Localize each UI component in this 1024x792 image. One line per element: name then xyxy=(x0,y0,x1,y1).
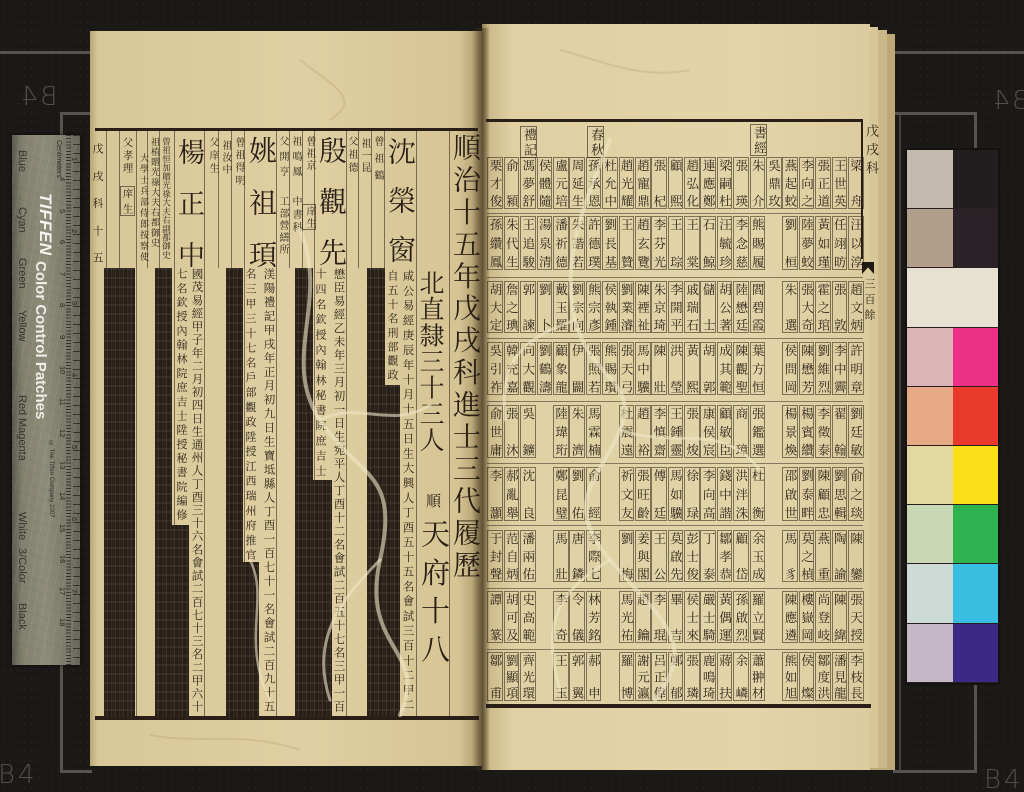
graduate-name-cell xyxy=(602,405,618,458)
tier-divider xyxy=(487,588,863,589)
graduate-biography-continued: 十四名欽授內翰林秘書院庶吉士 xyxy=(315,268,326,476)
patch-tint-swatch xyxy=(907,446,953,504)
graduate-name-cell: 彭士俊 xyxy=(684,530,700,582)
graduate-name-cell: 任翊昉 xyxy=(832,216,848,270)
patch-label-magenta: Magenta xyxy=(16,418,27,461)
graduate-name-cell: 郝申 xyxy=(586,652,602,701)
graduate-name: 殷觀先 xyxy=(317,136,345,266)
graduate-name: 姚祖頊 xyxy=(247,136,275,268)
graduate-name-cell: 潘見龍 xyxy=(832,652,848,701)
prefecture-heading: 天府十八 xyxy=(419,519,448,663)
name-tier-7: 陳鑾陶諭燕重莫之楨馬豸余玉成顧岱鄒孝恭丁泰彭士俊莫啟先王公姜與閣劉梅李際七唐鏻馬… xyxy=(487,530,864,582)
graduate-name-cell: 胡可及 xyxy=(504,591,520,643)
graduate-name-cell xyxy=(602,467,618,521)
patch-row xyxy=(907,209,998,268)
tier-divider xyxy=(487,525,863,526)
graduate-name-cell: 俞之琰 xyxy=(848,467,864,521)
graduate-name-cell: 鄭郁 xyxy=(668,652,684,701)
graduate-name-cell: 羅立賢 xyxy=(750,591,766,643)
graduate-name-cell: 趙鑰 xyxy=(635,591,651,643)
patch-full-swatch xyxy=(953,150,999,208)
graduate-name-cell: 張正道 xyxy=(815,157,831,209)
graduate-name-cell: 翟翰 xyxy=(832,405,848,458)
graduate-name-cell: 趙玄覽 xyxy=(635,216,651,270)
graduate-name-cell: 朱選 xyxy=(782,281,798,333)
cm-tick-label: 10 xyxy=(58,366,66,398)
graduate-name-cell: 朱京琦 xyxy=(651,281,667,333)
graduate-name-cell: 張焌 xyxy=(684,405,700,458)
graduate-name-cell: 王贊 xyxy=(619,216,635,270)
graduate-name-cell: 馬中驥 xyxy=(635,342,651,395)
column-rule xyxy=(218,131,219,268)
graduate-name-cell: 張敦 xyxy=(832,281,848,333)
tiffen-brand-logo: TIFFEN xyxy=(37,193,54,256)
inch-tick-label: 1 xyxy=(70,157,78,229)
graduate-name-cell: 張鑑選 xyxy=(750,405,766,458)
tier-divider xyxy=(487,213,863,214)
graduate-name-cell: 李開平 xyxy=(668,281,684,333)
graduate-name-cell: 孫纘鳳 xyxy=(487,216,503,270)
graduate-name-cell: 錢中諧 xyxy=(717,467,733,521)
graduate-name-cell xyxy=(537,652,553,701)
graduate-name-cell xyxy=(537,530,553,582)
graduate-name-cell: 俞經 xyxy=(586,467,602,521)
tier-divider xyxy=(487,277,863,278)
graduate-biography: 渼陽禮記甲戌年正月初九日生寶坻縣人丁酉一百七十一名會試二百九十五 xyxy=(263,268,275,712)
graduate-name-cell: 陶諭 xyxy=(832,530,848,582)
graduate-name-cell: 熊賜瓚 xyxy=(602,342,618,395)
patch-row xyxy=(907,446,998,505)
graduate-name-cell xyxy=(537,467,553,521)
great-grandfather: 曾祖恒加贈光祿大夫右副都御史 xyxy=(161,137,170,259)
patch-row xyxy=(907,624,998,683)
grandfather: 祖一昆 xyxy=(359,138,369,172)
graduate-name-cell: 湯泉清 xyxy=(537,216,553,270)
cm-tick-label: 11 xyxy=(58,398,66,430)
graduate-name-cell: 王追駿 xyxy=(520,216,536,270)
graduate-name-cell: 余嶙 xyxy=(733,652,749,701)
graduate-name-cell: 陳應遴 xyxy=(782,591,798,643)
right-page-bottom-border xyxy=(486,704,871,708)
graduate-name-cell: 陸夢蛟 xyxy=(799,216,815,270)
patch-label-red: Red xyxy=(16,395,27,415)
graduate-name-cell xyxy=(602,530,618,582)
graduate-name-cell: 陳緯 xyxy=(832,591,848,643)
graduate-name-cell: 李奇 xyxy=(553,591,569,643)
guide-line xyxy=(60,770,92,773)
graduate-name-cell: 張大奇 xyxy=(799,281,815,333)
graduate-name-cell: 侯執鍾 xyxy=(602,281,618,333)
graduate-name-cell xyxy=(602,652,618,701)
graduate-name-cell: 王玉 xyxy=(553,652,569,701)
strip-title: Color Control Patches xyxy=(33,261,48,419)
graduate-name-cell: 呂正偉 xyxy=(651,652,667,701)
patch-row xyxy=(907,564,998,623)
graduate-name-cell: 劉佑 xyxy=(569,467,585,521)
graduate-name-cell: 郭翼 xyxy=(569,652,585,701)
graduate-name-cell: 馮夢舒 xyxy=(520,157,536,209)
patch-label-white: White xyxy=(16,512,27,540)
patch-label-green: Green xyxy=(16,258,27,289)
graduate-name-cell: 顧岱 xyxy=(733,530,749,582)
graduate-name-cell: 樓嶽岡 xyxy=(799,591,815,643)
graduate-name-cell: 李中霽 xyxy=(832,342,848,395)
centimeter-scale: 456789101112131415161718 xyxy=(58,177,66,650)
graduate-name-cell: 李念慈 xyxy=(733,216,749,270)
graduate-name-cell: 俞世庸 xyxy=(487,405,503,458)
graduate-name-cell: 王公 xyxy=(651,530,667,582)
graduate-name-cell: 李灝 xyxy=(487,467,503,521)
prefecture-heading-prefix: 順 xyxy=(425,493,440,509)
graduate-name-cell: 詹之琠 xyxy=(504,281,520,333)
patch-row xyxy=(907,387,998,446)
graduate-name-cell: 史高範 xyxy=(520,591,536,643)
graduate-name-cell: 王鍾靈 xyxy=(668,405,684,458)
grandfather-note: 中書科 xyxy=(290,196,300,232)
graduate-name-cell: 孫啟烈 xyxy=(733,591,749,643)
right-page-top-border xyxy=(486,119,862,122)
patch-tint-swatch xyxy=(907,268,953,326)
graduate-name-cell: 范自炳 xyxy=(504,530,520,582)
graduate-name-cell: 趙光耀 xyxy=(619,157,635,209)
graduate-name-cell: 顧熙 xyxy=(668,157,684,209)
column-rule xyxy=(119,131,120,268)
graduate-name-cell: 洪瑩 xyxy=(668,342,684,395)
graduate-name-cell: 潘祈德 xyxy=(553,216,569,270)
name-tier-6: 俞之琰劉思輯陳顧忠劉泰畔邵啟世杜衡洪泮洙錢中諧李向高徐琭馬如驥傅廷張旺齡祈文友俞… xyxy=(487,467,864,521)
graduate-name-cell: 蔣扶 xyxy=(717,652,733,701)
graduate-biography-continued: 自五十名刑部觀政 xyxy=(387,270,398,380)
banxin-page-number: 三百餘 xyxy=(864,278,875,320)
graduate-name-cell: 王琮 xyxy=(668,216,684,270)
graduate-name-cell: 許德璞 xyxy=(586,216,602,270)
column-rule xyxy=(302,131,303,268)
inch-tick-label: 2 xyxy=(70,229,78,301)
graduate-name-cell: 蕭翀材 xyxy=(750,652,766,701)
graduate-name-cell: 丁泰 xyxy=(700,530,716,582)
graduate-name-cell: 楊賓纘 xyxy=(799,405,815,458)
graduate-name-cell: 梁舟 xyxy=(848,157,864,209)
graduate-name-cell xyxy=(766,342,782,395)
graduate-name-cell: 伊闢 xyxy=(569,342,585,395)
graduate-name-cell: 盧元培 xyxy=(553,157,569,209)
graduate-name-cell: 郭諫 xyxy=(520,281,536,333)
patch-label-yellow: Yellow xyxy=(16,310,27,341)
patch-full-swatch xyxy=(953,328,999,386)
graduate-name-cell: 張沐 xyxy=(504,405,520,458)
graduate-name-cell: 李際七 xyxy=(586,530,602,582)
graduate-name-cell: 商璋 xyxy=(733,405,749,458)
cm-tick-label: 5 xyxy=(58,209,66,241)
graduate-name-cell xyxy=(766,281,782,333)
left-page-bottom-border xyxy=(95,716,479,720)
graduate-name-cell: 儲士 xyxy=(700,281,716,333)
cm-tick-label: 15 xyxy=(58,524,66,556)
graduate-name-cell: 張杞 xyxy=(651,157,667,209)
graduate-name-cell: 侯體隨 xyxy=(537,157,553,209)
graduate-name-cell: 傅廷 xyxy=(651,467,667,521)
graduate-name-cell: 趙弘化 xyxy=(684,157,700,209)
cm-tick-label: 4 xyxy=(58,177,66,209)
graduate-name-cell: 李向高 xyxy=(700,467,716,521)
father: 父庠生 xyxy=(207,137,217,173)
section-label-liji: 禮記 xyxy=(522,128,535,156)
graduate-name-cell xyxy=(602,591,618,643)
graduate-name-cell: 劉思輯 xyxy=(832,467,848,521)
graduate-name-cell: 侯燦 xyxy=(799,652,815,701)
patch-tint-swatch xyxy=(907,328,953,386)
graduate-name-cell xyxy=(766,405,782,458)
great-grandfather: 曾祖鶴 xyxy=(372,136,382,180)
graduate-biography: 咸公易經庚辰年十月十五日生大興人丁酉五十五名會試三百十二甲二 xyxy=(402,270,414,710)
plate-mark: B4 xyxy=(984,765,1024,792)
graduate-name-cell: 鄒孝恭 xyxy=(717,530,733,582)
left-page-top-border xyxy=(95,128,478,131)
graduate-name-cell: 向大觀 xyxy=(520,342,536,395)
graduate-name: 沈榮窗 xyxy=(386,137,414,263)
graduate-name-cell: 莫之楨 xyxy=(799,530,815,582)
graduate-name-cell: 周延生 xyxy=(569,157,585,209)
graduate-name-cell: 李徵泰 xyxy=(815,405,831,458)
graduate-name-cell xyxy=(766,530,782,582)
graduate-name-cell: 趙裕 xyxy=(635,405,651,458)
graduate-name-cell: 唐鏻 xyxy=(569,530,585,582)
graduate-name-cell: 劉梅 xyxy=(619,530,635,582)
graduate-name-cell: 朱代生 xyxy=(504,216,520,270)
graduate-name-cell: 于封聲 xyxy=(487,530,503,582)
page-title: 順治十五年戊戌科進士三代履歷 xyxy=(451,133,479,578)
graduate-name-cell: 李枝長 xyxy=(848,652,864,701)
guide-line xyxy=(0,51,96,54)
graduate-name-cell: 陸瑋珩 xyxy=(553,405,569,458)
patch-label-3color: 3/Color xyxy=(16,548,27,583)
graduate-name-cell: 劉長基 xyxy=(602,216,618,270)
graduate-name-cell: 栗才俊 xyxy=(487,157,503,209)
patch-full-swatch xyxy=(953,268,999,326)
graduate-name-cell xyxy=(766,467,782,521)
graduate-name-cell: 朱諧若 xyxy=(569,216,585,270)
graduate-name-cell: 劉顯項 xyxy=(504,652,520,701)
right-page-banxin: 戊戌科 xyxy=(864,124,877,174)
column-rule xyxy=(136,131,137,716)
graduate-name-cell: 黃熙 xyxy=(684,342,700,395)
graduate-name-cell: 閻碧霞 xyxy=(750,281,766,333)
graduate-name-cell: 杜允中 xyxy=(602,157,618,209)
graduate-name-cell: 嚴士騎 xyxy=(700,591,716,643)
father-note: 庠生 xyxy=(122,188,133,214)
inch-tick-label: 7 xyxy=(70,589,78,661)
graduate-name-cell xyxy=(537,405,553,458)
region-heading: 北直隸三十三人 xyxy=(418,270,443,452)
graduate-name-cell xyxy=(766,591,782,643)
graduate-biography: 懋臣易經乙未年三月初一日生宛平人丁酉十二名會試二百五十七名三甲一百 xyxy=(333,268,345,712)
graduate-name-cell: 王世英 xyxy=(832,157,848,209)
patch-row xyxy=(907,150,998,209)
graduate-name-cell: 梁嗣杜 xyxy=(717,157,733,209)
graduate-name-cell: 姜與閣 xyxy=(635,530,651,582)
graduate-name-cell: 尚登岐 xyxy=(815,591,831,643)
father: 父孝理 xyxy=(122,137,133,173)
graduate-name-cell: 鄒甫 xyxy=(487,652,503,701)
patch-label-cyan: Cyan xyxy=(16,207,27,233)
patch-full-swatch xyxy=(953,387,999,445)
graduate-name-cell: 謝元瀛 xyxy=(635,652,651,701)
patch-tint-swatch xyxy=(907,209,953,267)
graduate-name-cell: 徐琭 xyxy=(684,467,700,521)
graduate-name-cell: 胡公著 xyxy=(717,281,733,333)
graduate-name-cell: 顧敏臣 xyxy=(717,405,733,458)
graduate-name-cell: 俞潁 xyxy=(504,157,520,209)
guide-line xyxy=(899,112,901,772)
guide-line xyxy=(893,112,977,115)
patch-tint-swatch xyxy=(907,624,953,682)
graduate-name-cell xyxy=(766,216,782,270)
graduate-name-cell: 余玉成 xyxy=(750,530,766,582)
graduate-name-cell xyxy=(766,652,782,701)
graduate-name-cell: 戴玉羅 xyxy=(553,281,569,333)
graduate-name-cell: 王棠 xyxy=(684,216,700,270)
graduate-name-cell: 郝亂舉 xyxy=(504,467,520,521)
tier-divider xyxy=(487,401,863,402)
patch-full-swatch xyxy=(953,209,999,267)
graduate-name-cell: 潘兩佑 xyxy=(520,530,536,582)
graduate-name-cell: 許明章 xyxy=(848,342,864,395)
graduate-name-cell: 李琨 xyxy=(651,591,667,643)
name-tier-9: 李枝長潘見龍鄒度洪侯燦熊如旭蕭翀材余嶙蔣扶鹿鳴琦張璘鄭郁呂正偉謝元瀛羅博郝申郭翼… xyxy=(487,652,864,701)
graduate-name-cell: 李向之 xyxy=(799,157,815,209)
guide-line xyxy=(893,51,1024,54)
grandfather: 祖鳴鳳 xyxy=(290,136,300,176)
graduate-name-cell: 洪泮洙 xyxy=(733,467,749,521)
graduate-name-cell: 汪毓珍 xyxy=(717,216,733,270)
patch-label-black: Black xyxy=(16,603,27,630)
patch-tint-swatch xyxy=(907,150,953,208)
cm-tick-label: 17 xyxy=(58,587,66,619)
cm-tick-label: 7 xyxy=(58,272,66,304)
patch-full-swatch xyxy=(953,624,999,682)
graduate-name-cell: 馬光祐 xyxy=(619,591,635,643)
graduate-name-cell: 熊如旭 xyxy=(782,652,798,701)
patch-label-blue: Blue xyxy=(16,150,27,172)
graduate-name-cell: 林芳銘 xyxy=(586,591,602,643)
graduate-name-cell: 霍之琯 xyxy=(815,281,831,333)
graduate-name-cell: 侯問岡 xyxy=(782,342,798,395)
graduate-name-cell: 連應鄭 xyxy=(700,157,716,209)
graduate-name-cell: 陳鑾 xyxy=(848,530,864,582)
graduate-name-cell: 葉方恒 xyxy=(750,342,766,395)
cm-tick-label: 8 xyxy=(58,303,66,335)
graduate-name-cell: 陳顧忠 xyxy=(815,467,831,521)
graduate-name-cell: 張璘 xyxy=(684,652,700,701)
graduate-name-cell: 劉卜 xyxy=(537,281,553,333)
graduate-name-cell: 石鯨 xyxy=(700,216,716,270)
graduate-name-cell: 莫啟先 xyxy=(668,530,684,582)
graduate-name-cell: 汪以淳 xyxy=(848,216,864,270)
name-tier-2: 汪以淳任翊昉黃如瑾陸夢蛟劉桓熊賜履李念慈汪毓珍石鯨王棠王琮李芬光趙玄覽王贊劉長基… xyxy=(487,216,864,270)
patch-full-swatch xyxy=(953,564,999,622)
great-grandfather: 曾祖京 xyxy=(304,136,314,170)
graduate-name-cell: 吳鼎玫 xyxy=(766,157,782,209)
plate-mark: B4 xyxy=(0,760,38,790)
graduate-name-cell: 朱濟 xyxy=(569,405,585,458)
patch-tint-swatch xyxy=(907,564,953,622)
graduate-biography-continued: 七名欽授內翰林院庶吉士陞授秘書院編修 xyxy=(176,268,187,520)
graduate-name-cell: 杜衡 xyxy=(750,467,766,521)
inch-tick-label: 6 xyxy=(70,517,78,589)
guide-line xyxy=(60,112,92,115)
graduate-name: 楊正中 xyxy=(175,138,202,268)
graduate-name-cell: 鄒度洪 xyxy=(815,652,831,701)
name-tier-8: 張天授陳緯尚登岐樓嶽岡陳應遴羅立賢孫啟烈黃偶運嚴士騎侯士來畢吉李琨趙鑰馬光祐林芳… xyxy=(487,591,864,643)
inch-scale: 1234567 xyxy=(70,157,78,661)
great-grandfather: 曾祖得明 xyxy=(233,137,243,185)
graduate-name-cell: 齊光環 xyxy=(520,652,536,701)
cm-tick-label: 16 xyxy=(58,555,66,587)
graduate-name-cell: 康侯宸 xyxy=(700,405,716,458)
graduate-name-cell: 劉業濬 xyxy=(619,281,635,333)
patch-full-swatch xyxy=(953,505,999,563)
graduate-name-cell: 胡郭 xyxy=(700,342,716,395)
graduate-name-cell: 趙寵鼎 xyxy=(635,157,651,209)
name-tier-3: 趙文炳張敦霍之琯張大奇朱選閻碧霞陸懋廷胡公著儲士戚瑞石李開平朱京琦陳禋祉劉業濬侯… xyxy=(487,281,864,333)
graduate-name-cell: 馬豸 xyxy=(782,530,798,582)
grandfather-note: 大學士兵部侍郎按察使 xyxy=(138,153,147,261)
graduate-name-cell: 黃偶運 xyxy=(717,591,733,643)
grandfather: 祖植贈光祿大夫右都御史 xyxy=(149,137,158,247)
patch-tint-swatch xyxy=(907,387,953,445)
graduate-name-cell: 劉廷敏 xyxy=(848,405,864,458)
cm-tick-label: 13 xyxy=(58,461,66,493)
tier-divider xyxy=(487,649,863,650)
graduate-name-cell: 羅博 xyxy=(619,652,635,701)
inch-tick-label: 4 xyxy=(70,373,78,445)
graduate-name-cell: 譚篆 xyxy=(487,591,503,643)
cm-tick-label: 18 xyxy=(58,618,66,650)
graduate-name-cell: 馬如驥 xyxy=(668,467,684,521)
graduate-name-cell: 祈文友 xyxy=(619,467,635,521)
column-rule xyxy=(159,131,160,268)
section-label-shujing: 書經 xyxy=(752,126,765,154)
graduate-name-cell: 陳禋祉 xyxy=(635,281,651,333)
cm-tick-label: 9 xyxy=(58,335,66,367)
graduate-name-cell: 熊賜履 xyxy=(750,216,766,270)
graduate-name-cell: 燕重 xyxy=(815,530,831,582)
patch-row xyxy=(907,328,998,387)
graduate-name-cell: 張照若 xyxy=(586,342,602,395)
graduate-name-cell: 鄭昆璧 xyxy=(553,467,569,521)
patch-tint-swatch xyxy=(907,505,953,563)
name-tier-4: 許明章李中霽劉維烈陳懋芳侯問岡葉方恒陳觀聖成其範胡郭黃熙洪瑩陳壯馬中驥張天弓熊賜… xyxy=(487,342,864,395)
graduate-name-cell: 劉鶴濤 xyxy=(537,342,553,395)
graduate-name-cell: 鹿鳴琦 xyxy=(700,652,716,701)
graduate-name-cell: 張天授 xyxy=(848,591,864,643)
graduate-name-cell: 胡大定 xyxy=(487,281,503,333)
graduate-name-cell: 馬霖楠 xyxy=(586,405,602,458)
inch-tick-label: 5 xyxy=(70,445,78,517)
graduate-name-cell: 張瑛 xyxy=(733,157,749,209)
graduate-name-cell: 張天弓 xyxy=(619,342,635,395)
cm-tick-label: 6 xyxy=(58,240,66,272)
patch-row xyxy=(907,268,998,327)
graduate-name-cell: 張旺齡 xyxy=(635,467,651,521)
great-grandfather-note: 庠生 xyxy=(304,206,314,228)
ruler-unit-label: Centimeters xyxy=(55,140,62,178)
left-page-banxin: 戊戌科十五 xyxy=(92,143,103,263)
name-tier-1: 梁舟王世英張正道李向之燕起蛟吳鼎玫朱介張瑛梁嗣杜連應鄭趙弘化顧熙張杞趙寵鼎趙光耀… xyxy=(487,157,864,209)
graduate-name-cell: 陳壯 xyxy=(651,342,667,395)
father: 父開亨 xyxy=(277,136,287,176)
graduate-name-cell: 沈良 xyxy=(520,467,536,521)
